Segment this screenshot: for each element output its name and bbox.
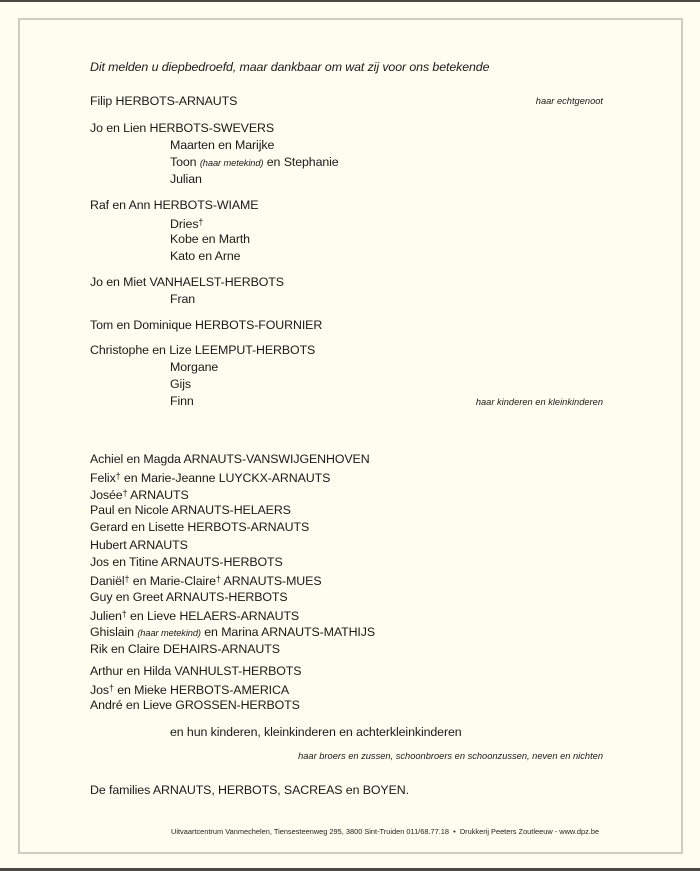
grandchild-name: Toon xyxy=(170,155,196,169)
family-name: Raf en Ann HERBOTS-WIAME xyxy=(90,197,258,213)
grandchild: Morgane xyxy=(170,359,218,375)
sibling-entry: Guy en Greet ARNAUTS-HERBOTS xyxy=(90,589,288,605)
sibling-partner: en Marie-Jeanne LUYCKX-ARNAUTS xyxy=(121,471,331,485)
sibling-entry: Felix† en Marie-Jeanne LUYCKX-ARNAUTS xyxy=(90,468,330,486)
sibling-entry: Hubert ARNAUTS xyxy=(90,537,188,553)
grandchild: Kobe en Marth xyxy=(170,231,250,247)
family-name: Jo en Lien HERBOTS-SWEVERS xyxy=(90,120,274,136)
sibling-entry: Julien† en Lieve HELAERS-ARNAUTS xyxy=(90,606,299,624)
sibling-partner: en Lieve HELAERS-ARNAUTS xyxy=(127,609,299,623)
sibling-partner: en Marie-Claire xyxy=(129,574,216,588)
families-line: De families ARNAUTS, HERBOTS, SACREAS en… xyxy=(90,782,409,798)
grandchild: Toon (haar metekind) en Stephanie xyxy=(170,154,339,171)
godchild-note: (haar metekind) xyxy=(137,628,201,638)
family-name: Jo en Miet VANHAELST-HERBOTS xyxy=(90,274,284,290)
family-name: Christophe en Lize LEEMPUT-HERBOTS xyxy=(90,342,315,358)
sibling-entry: Paul en Nicole ARNAUTS-HELAERS xyxy=(90,502,291,518)
grandchild: Dries† xyxy=(170,214,203,232)
sibling-name: Daniël xyxy=(90,574,125,588)
sibling-entry: Rik en Claire DEHAIRS-ARNAUTS xyxy=(90,641,280,657)
godchild-note: (haar metekind) xyxy=(200,158,264,168)
grandchild: Finn xyxy=(170,393,194,409)
grandchild: Fran xyxy=(170,291,195,307)
grandchild: Maarten en Marijke xyxy=(170,137,274,153)
sibling-entry: Josée† ARNAUTS xyxy=(90,485,189,503)
sibling-name: Jos xyxy=(90,683,109,697)
sibling-entry: Arthur en Hilda VANHULST-HERBOTS xyxy=(90,663,301,679)
sibling-entry: Achiel en Magda ARNAUTS-VANSWIJGENHOVEN xyxy=(90,451,370,467)
sibling-surname: ARNAUTS-MUES xyxy=(221,574,322,588)
deceased-cross-icon: † xyxy=(198,217,203,227)
sibling-surname: ARNAUTS xyxy=(127,488,188,502)
spouse-name: Filip HERBOTS-ARNAUTS xyxy=(90,93,237,109)
grandchild: Julian xyxy=(170,171,202,187)
sibling-name: Ghislain xyxy=(90,625,137,639)
bullet-separator: • xyxy=(453,827,456,836)
family-name: Tom en Dominique HERBOTS-FOURNIER xyxy=(90,317,322,333)
sibling-partner: en Marina ARNAUTS-MATHIJS xyxy=(201,625,375,639)
sibling-partner: en Mieke HERBOTS-AMERICA xyxy=(114,683,289,697)
sibling-entry: Jos† en Mieke HERBOTS-AMERICA xyxy=(90,680,289,698)
spouse-role: haar echtgenoot xyxy=(536,94,603,108)
descendants-line: en hun kinderen, kleinkinderen en achter… xyxy=(170,724,462,740)
grandchild: Gijs xyxy=(170,376,191,392)
top-edge-rule xyxy=(0,0,700,2)
siblings-role: haar broers en zussen, schoonbroers en s… xyxy=(298,749,603,763)
printer-info: Drukkerij Peeters Zoutleeuw - www.dpz.be xyxy=(460,827,599,836)
funeral-home-info: Uitvaartcentrum Vanmechelen, Tiensesteen… xyxy=(171,827,449,836)
sibling-entry: Gerard en Lisette HERBOTS-ARNAUTS xyxy=(90,519,309,535)
grandchild: Kato en Arne xyxy=(170,248,240,264)
sibling-entry: André en Lieve GROSSEN-HERBOTS xyxy=(90,697,300,713)
sibling-entry: Daniël† en Marie-Claire† ARNAUTS-MUES xyxy=(90,571,321,589)
grandchild-name: Dries xyxy=(170,217,198,231)
intro-text: Dit melden u diepbedroefd, maar dankbaar… xyxy=(90,59,489,75)
grandchild-partner: en Stephanie xyxy=(267,155,339,169)
print-footer: Uitvaartcentrum Vanmechelen, Tiensesteen… xyxy=(171,827,599,837)
sibling-entry: Jos en Titine ARNAUTS-HERBOTS xyxy=(90,554,283,570)
sibling-entry: Ghislain (haar metekind) en Marina ARNAU… xyxy=(90,624,375,641)
sibling-name: Julien xyxy=(90,609,122,623)
children-role: haar kinderen en kleinkinderen xyxy=(476,395,603,409)
sibling-name: Felix xyxy=(90,471,116,485)
sibling-name: Josée xyxy=(90,488,123,502)
